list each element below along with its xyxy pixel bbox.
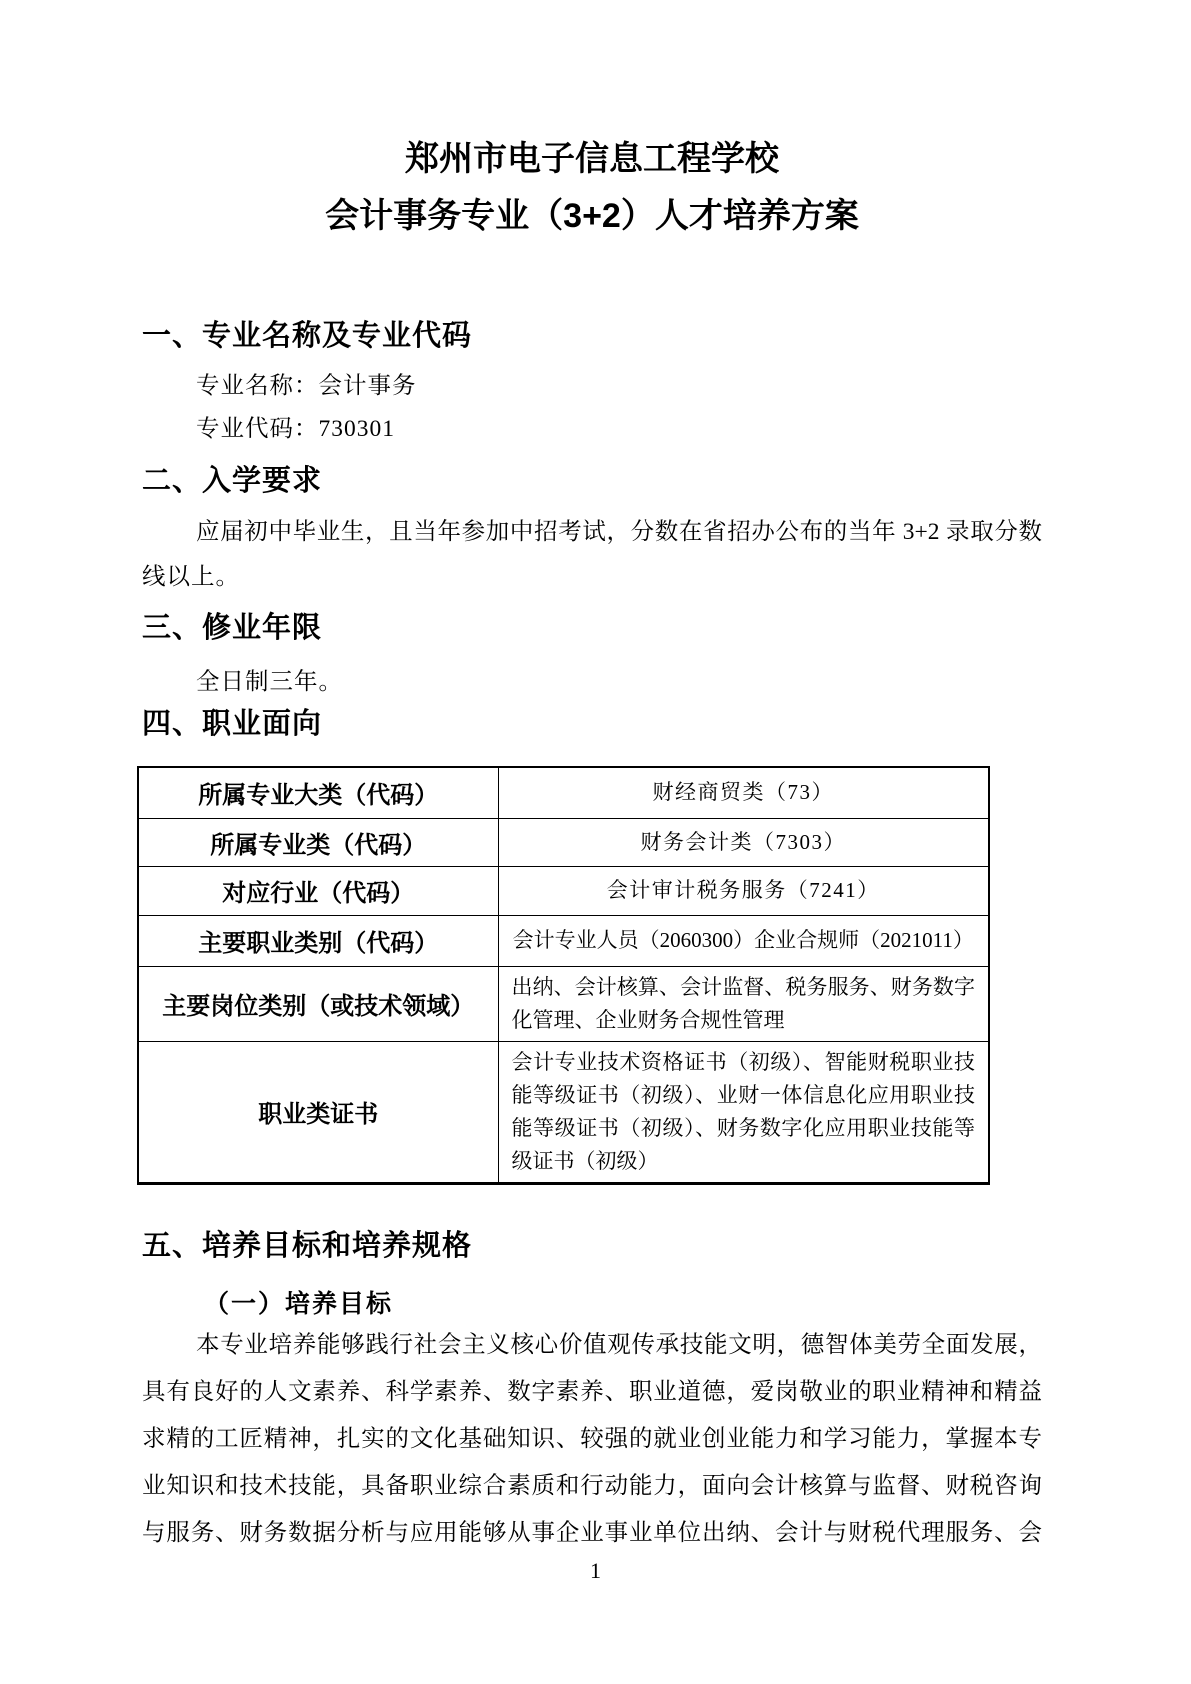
- table-value-cell: 会计审计税务服务（7241）: [498, 866, 989, 915]
- table-value-cell: 出纳、会计核算、会计监督、税务服务、财务数字化管理、企业财务合规性管理: [498, 966, 989, 1041]
- table-label-cell: 职业类证书: [138, 1041, 498, 1183]
- paragraph-line: 与服务、财务数据分析与应用能够从事企业事业单位出纳、会计与财税代理服务、会: [142, 1518, 1042, 1548]
- document-title-line-1: 郑州市电子信息工程学校: [142, 139, 1042, 179]
- table-value-cell: 会计专业技术资格证书（初级）、智能财税职业技能等级证书（初级）、业财一体信息化应…: [498, 1041, 989, 1183]
- paragraph-line: 具有良好的人文素养、科学素养、数字素养、职业道德，爱岗敬业的职业精神和精益: [142, 1377, 1042, 1407]
- table-row: 主要岗位类别（或技术领域） 出纳、会计核算、会计监督、税务服务、财务数字化管理、…: [138, 966, 989, 1041]
- page-number: 1: [0, 1558, 1191, 1584]
- paragraph-line: 求精的工匠精神，扎实的文化基础知识、较强的就业创业能力和学习能力，掌握本专: [142, 1424, 1042, 1454]
- admission-requirement-line-1: 应届初中毕业生，且当年参加中招考试，分数在省招办公布的当年 3+2 录取分数: [142, 517, 1042, 547]
- career-orientation-table: 所属专业大类（代码） 财经商贸类（73） 所属专业类（代码） 财务会计类（730…: [137, 766, 990, 1185]
- section-heading-2: 二、入学要求: [142, 465, 322, 497]
- section-heading-1: 一、专业名称及专业代码: [142, 320, 472, 352]
- table-value-cell: 会计专业人员（2060300）企业合规师（2021011）: [498, 915, 989, 966]
- major-name-line: 专业名称：会计事务: [196, 371, 417, 401]
- table-label-cell: 对应行业（代码）: [138, 866, 498, 915]
- section-heading-5: 五、培养目标和培养规格: [142, 1230, 472, 1262]
- table-label-cell: 主要职业类别（代码）: [138, 915, 498, 966]
- paragraph-line: 本专业培养能够践行社会主义核心价值观传承技能文明，德智体美劳全面发展，: [142, 1330, 1042, 1360]
- table-row: 主要职业类别（代码） 会计专业人员（2060300）企业合规师（2021011）: [138, 915, 989, 966]
- section-heading-4: 四、职业面向: [142, 708, 322, 740]
- section-heading-3: 三、修业年限: [142, 612, 322, 644]
- table-value-cell: 财经商贸类（73）: [498, 767, 989, 818]
- table-label-cell: 所属专业大类（代码）: [138, 767, 498, 818]
- table-row: 所属专业大类（代码） 财经商贸类（73）: [138, 767, 989, 818]
- sub-heading-training-goal: （一）培养目标: [204, 1284, 393, 1320]
- major-code-line: 专业代码：730301: [196, 414, 395, 444]
- table-row: 职业类证书 会计专业技术资格证书（初级）、智能财税职业技能等级证书（初级）、业财…: [138, 1041, 989, 1183]
- table-row: 对应行业（代码） 会计审计税务服务（7241）: [138, 866, 989, 915]
- admission-requirement-line-2: 线以上。: [142, 562, 240, 592]
- study-duration-line: 全日制三年。: [196, 667, 343, 697]
- table-label-cell: 所属专业类（代码）: [138, 818, 498, 866]
- document-page: 郑州市电子信息工程学校 会计事务专业（3+2）人才培养方案 一、专业名称及专业代…: [0, 0, 1191, 1684]
- table-value-cell: 财务会计类（7303）: [498, 818, 989, 866]
- table-label-cell: 主要岗位类别（或技术领域）: [138, 966, 498, 1041]
- paragraph-line: 业知识和技术技能，具备职业综合素质和行动能力，面向会计核算与监督、财税咨询: [142, 1471, 1042, 1501]
- document-title-line-2: 会计事务专业（3+2）人才培养方案: [142, 196, 1042, 236]
- table-row: 所属专业类（代码） 财务会计类（7303）: [138, 818, 989, 866]
